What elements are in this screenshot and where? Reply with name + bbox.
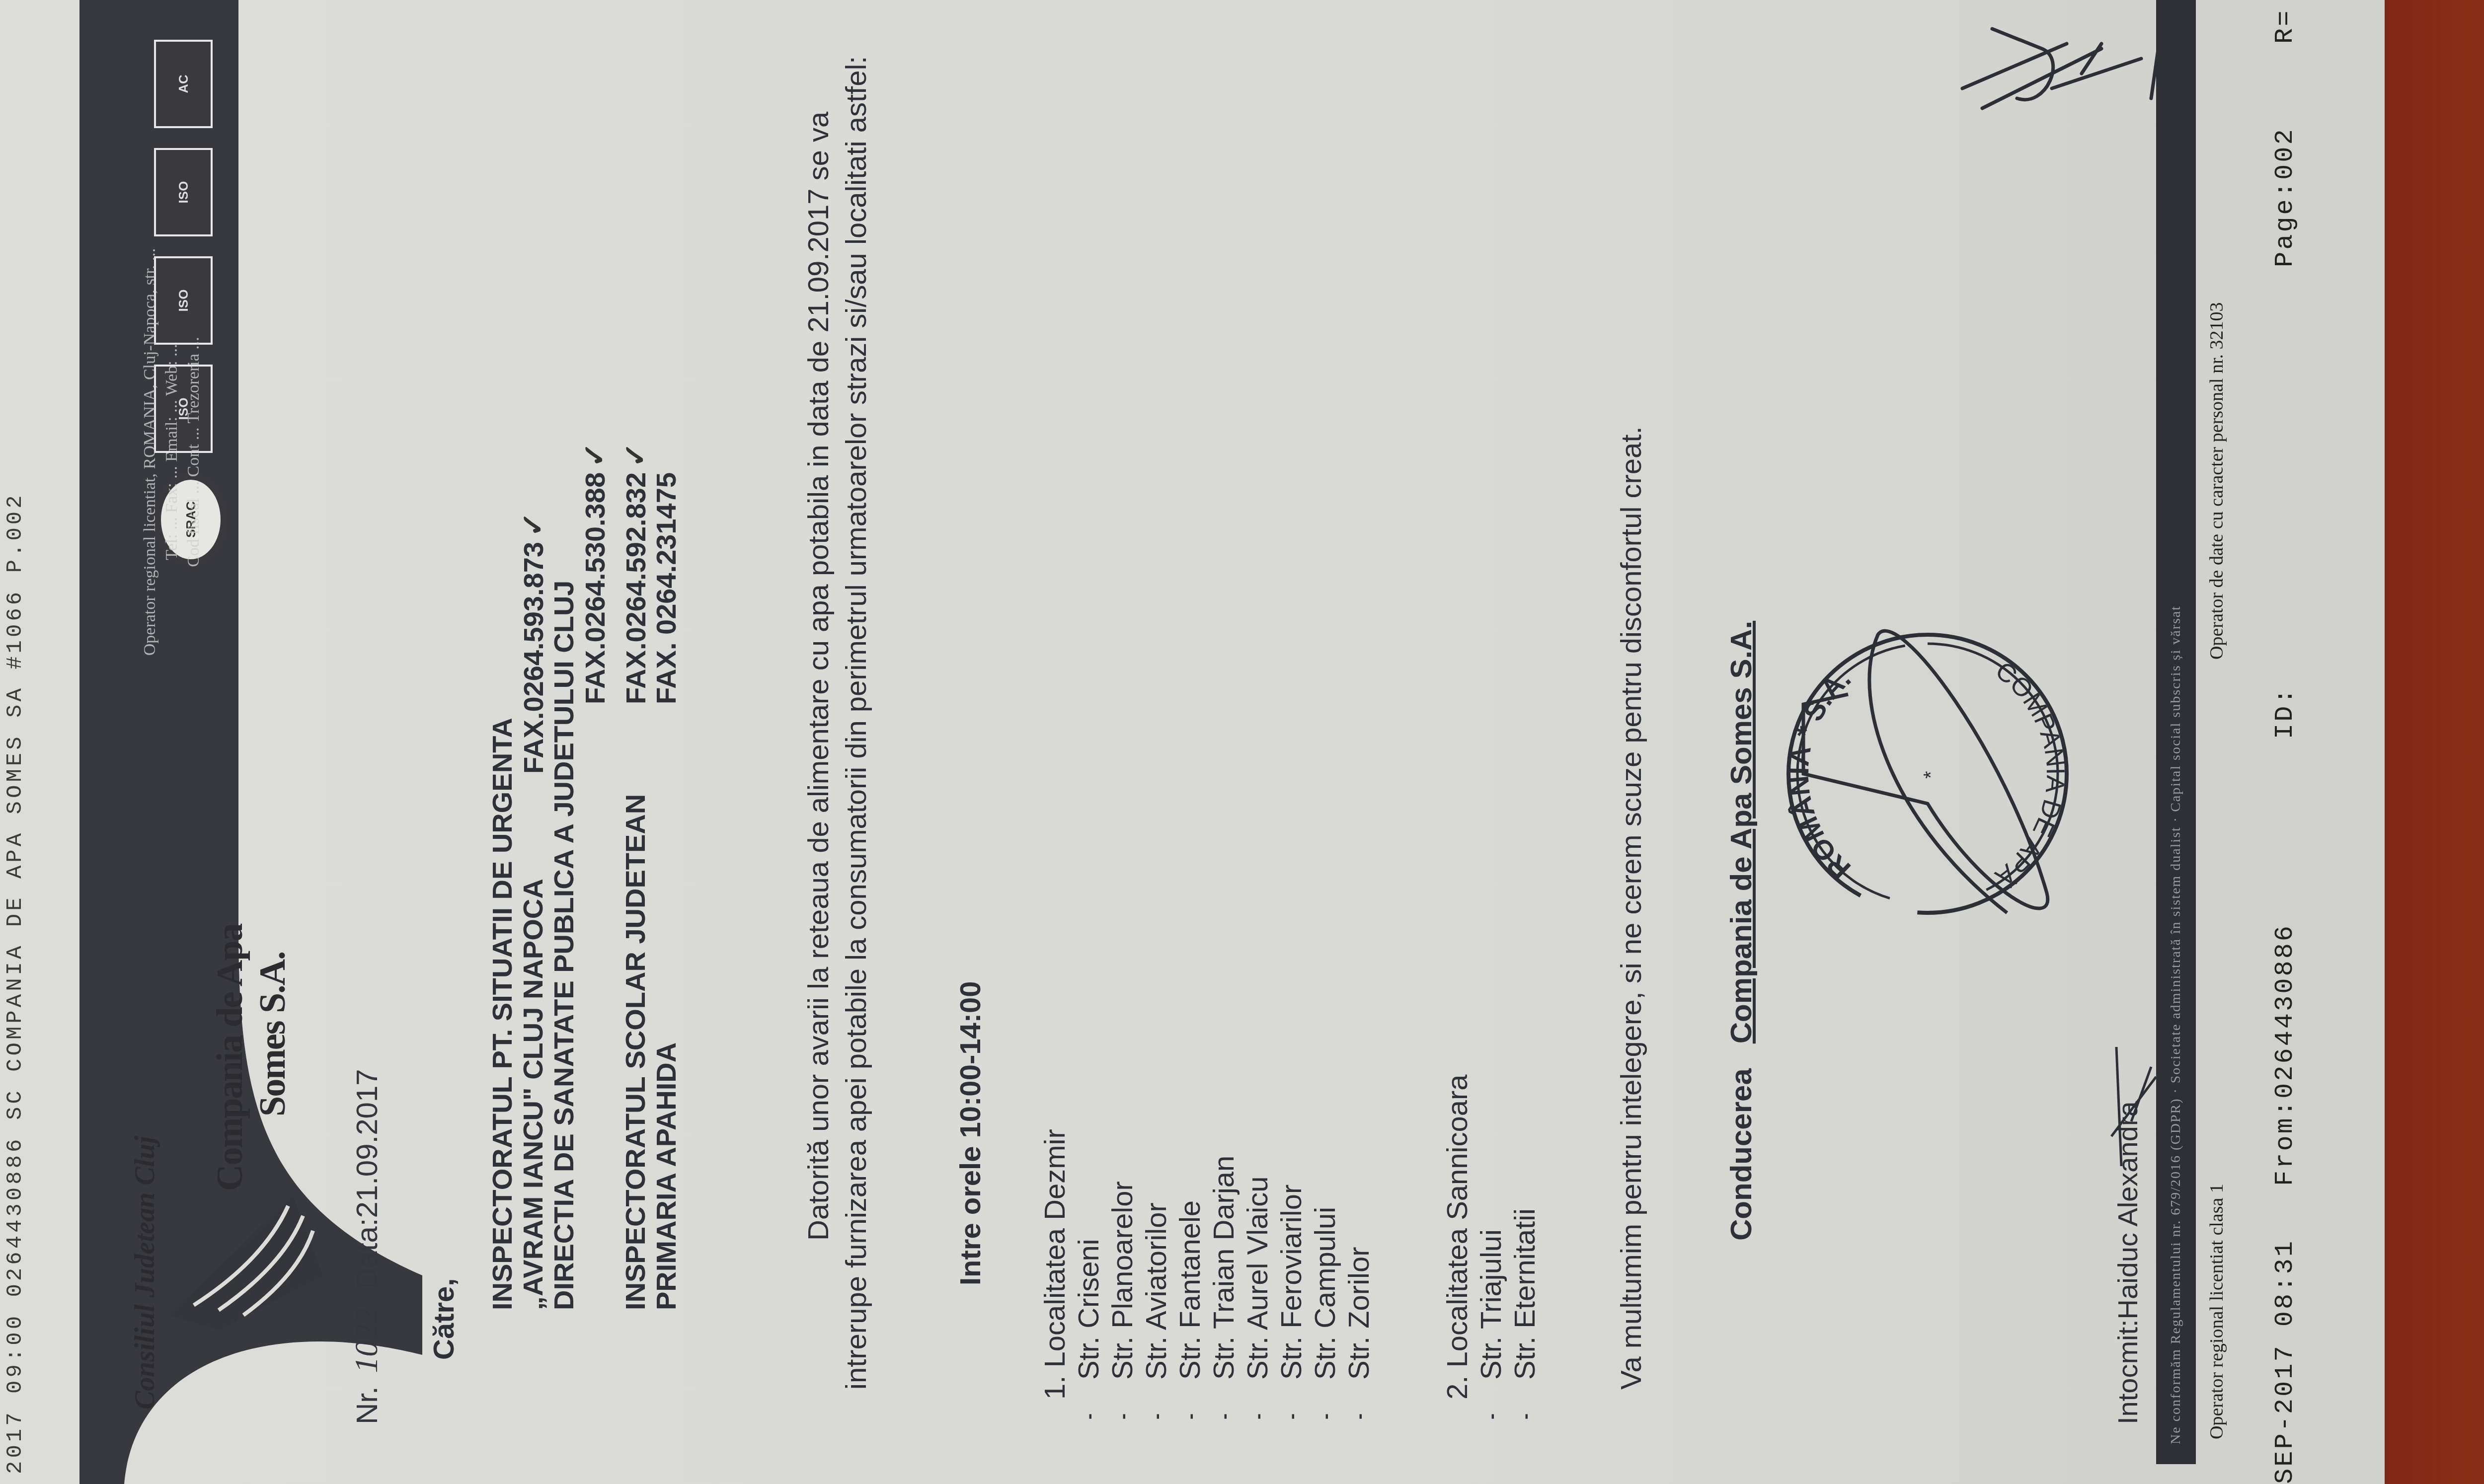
street-item: Str. Planoarelor [1106,1129,1140,1400]
street-item: Str. Campului [1309,1129,1342,1400]
locality-title: 1. Localitatea Dezmir [1038,1129,1072,1400]
locality-dezmir: 1. Localitatea Dezmir Str. CriseniStr. P… [1038,1129,1376,1400]
initials-signature-icon [2101,1037,2161,1166]
prepared-by-label: Intocmit: [2112,1319,2143,1424]
fax-number: FAX.0264.592.832 [620,472,651,704]
recipient-name: „AVRAM IANCU" CLUJ NAPOCA [517,879,548,1310]
locality-title: 2. Localitatea Sannicoara [1441,1074,1475,1400]
interruption-hours: Intre orele 10:00-14:00 [954,981,987,1285]
thanks-line: Va multumim pentru intelegere, si ne cer… [1615,426,1648,1390]
street-item: Str. Fantanele [1173,1129,1207,1400]
fax-footer-date: SEP-2017 08:31 [2270,1239,2300,1484]
fax-footer-page: Page:002 [2270,127,2300,267]
street-item: Str. Aviatorilor [1140,1129,1173,1400]
letterhead-line: Operator regional licentiat, ROMANIA, Cl… [139,30,161,874]
recipient-row: „AVRAM IANCU" CLUJ NAPOCAFAX.0264.593.87… [518,581,548,1310]
letterhead-contact-text: Operator regional licentiat, ROMANIA, Cl… [139,30,205,874]
fax-number: FAX. 0264.231475 [651,472,682,704]
company-name: Compania de Apa Somes S.A. [209,924,294,1191]
street-list: Str. CriseniStr. PlanoarelorStr. Aviator… [1072,1129,1376,1400]
fax-number: FAX.0264.530.388 [579,472,611,704]
checkmark-icon: ✓ [517,512,549,537]
street-item: Str. Triajului [1475,1074,1508,1400]
footer-band: Ne conformăm Regulamentului nr. 679/2016… [2156,0,2196,1464]
locality-sannicoara: 2. Localitatea Sannicoara Str. Triajului… [1441,1074,1542,1400]
recipient-name: DIRECTIA DE SANATATE PUBLICA A JUDETULUI… [548,581,579,1310]
recipient-row: FAX.0264.530.388✓ [579,581,610,1310]
street-item: Str. Zorilor [1342,1129,1376,1400]
recipient-name: PRIMARIA APAHIDA [650,1042,682,1310]
street-item: Str. Eternitatii [1508,1074,1542,1400]
document-photo: 2017 09:00 0264430886 SC COMPANIA DE APA… [0,0,2385,1484]
date-value: 21.09.2017 [350,1069,384,1218]
fax-footer-id: ID: [2270,686,2300,739]
street-list: Str. TriajuluiStr. Eternitatii [1475,1074,1542,1400]
street-item: Str. Traian Darjan [1207,1129,1241,1400]
recipient-name: INSPECTORATUL SCOLAR JUDETEAN [620,794,651,1310]
company-stamp-icon: ROMÂNIA * S.A. COMPANIA DE APĂ * [1749,595,2106,953]
notice-paragraph: Datorită unor avarii la reteaua de alime… [800,19,875,1390]
nr-handwritten-value: 1022 [348,1308,385,1373]
council-name: Consiliul Judetean Cluj [129,1136,161,1410]
recipient-row: INSPECTORATUL SCOLAR JUDETEANFAX.0264.59… [620,581,651,1310]
letterhead-line: Cod fiscal ... Cont ... Trezoreria ... [183,30,205,874]
management-label: Conducerea [1724,1068,1758,1241]
recipient-row: PRIMARIA APAHIDAFAX. 0264.231475 [651,581,682,1310]
nr-label: Nr. [350,1386,384,1424]
company-wave-logo [164,1186,328,1335]
recipient-fax: FAX.0264.530.388✓ [579,443,611,704]
prepared-by: Intocmit:Haiduc Alexandra [2111,1101,2144,1424]
fax-footer-r: R= [2270,9,2300,44]
recipient-fax: FAX.0264.593.873✓ [518,512,549,774]
company-name-line1: Compania de Apa [209,924,251,1191]
street-item: Str. Aurel Vlaicu [1241,1129,1275,1400]
fax-transmission-header: 2017 09:00 0264430886 SC COMPANIA DE APA… [3,492,28,1474]
company-name-line2: Somes S.A. [251,924,294,1191]
recipient-row: DIRECTIA DE SANATATE PUBLICA A JUDETULUI… [548,581,579,1310]
checkmark-icon: ✓ [578,443,611,467]
letterhead-line: Tel: ... Fax: ... Email: ... Web: ... [161,30,183,874]
stamp-bottom-text: COMPANIA DE APĂ [1990,656,2070,891]
notice-body: Datorită unor avarii la reteaua de alime… [802,56,872,1390]
addressee-heading: Către, [427,1278,461,1360]
svg-text:*: * [1920,771,1942,779]
fax-letter: 2017 09:00 0264430886 SC COMPANIA DE APA… [0,0,2385,1484]
date-label: Data: [350,1218,384,1289]
recipient-row: INSPECTORATUL PT. SITUATII DE URGENTA [487,581,518,1310]
footer-data-operator: Operator de date cu caracter personal nr… [2206,302,2228,660]
recipient-fax: FAX.0264.592.832✓ [620,443,651,704]
registration-line: Nr. 1022 Data:21.09.2017 [348,1069,386,1424]
footer-operator-class: Operator regional licentiat clasa 1 [2206,1184,2228,1439]
street-item: Str. Feroviarilor [1275,1129,1309,1400]
fax-number: FAX.0264.593.873 [518,542,549,774]
street-item: Str. Criseni [1072,1129,1106,1400]
fax-footer-from: From:0264430886 [2270,924,2300,1186]
recipient-list: INSPECTORATUL PT. SITUATII DE URGENTA „A… [487,581,682,1310]
svg-text:COMPANIA DE APĂ: COMPANIA DE APĂ [1990,656,2070,891]
recipient-name: INSPECTORATUL PT. SITUATII DE URGENTA [486,718,518,1310]
checkmark-icon: ✓ [619,443,652,467]
